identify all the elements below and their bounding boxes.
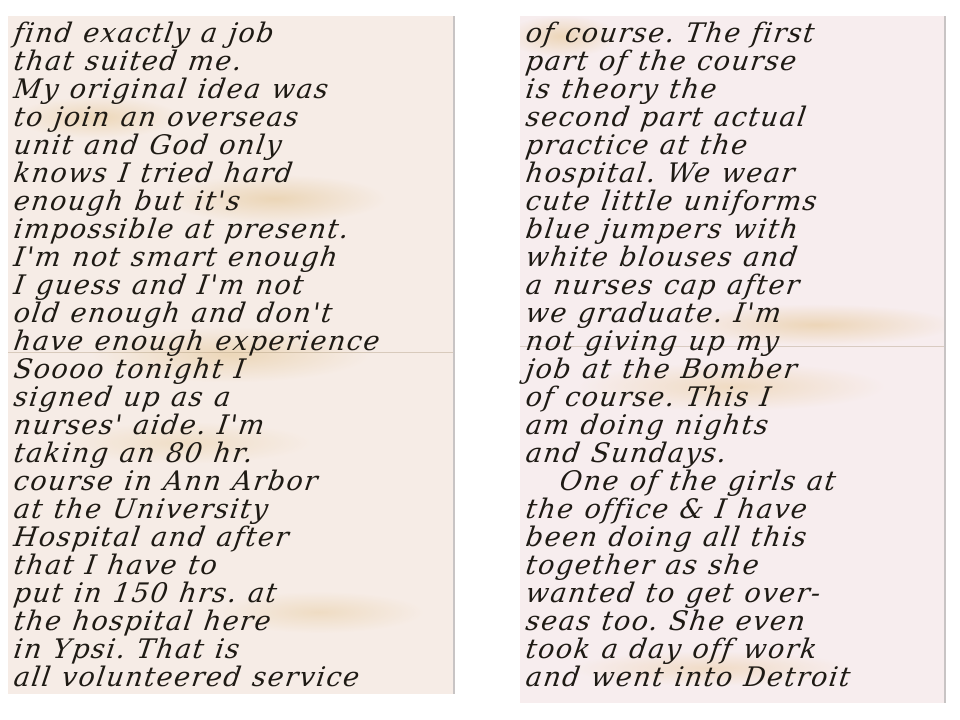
text-line: and went into Detroit	[524, 662, 854, 693]
text-line: enough but it's	[12, 186, 244, 217]
text-line: all volunteered service	[12, 662, 363, 693]
text-line: practice at the	[524, 130, 751, 161]
text-line: wanted to get over-	[524, 578, 824, 609]
text-line: Hospital and after	[12, 522, 292, 553]
text-line: that suited me.	[12, 46, 245, 77]
letter-page-right: of course. The first part of the course …	[520, 16, 946, 703]
text-line: Soooo tonight I	[12, 354, 249, 385]
text-line: I guess and I'm not	[12, 270, 307, 301]
text-line: find exactly a job	[12, 18, 278, 49]
text-line: of course. This I	[524, 382, 774, 413]
text-line: we graduate. I'm	[524, 298, 785, 329]
text-line: I'm not smart enough	[12, 242, 341, 273]
text-line: hospital. We wear	[524, 158, 798, 189]
text-line: have enough experience	[12, 326, 383, 357]
text-line: at the University	[12, 494, 272, 525]
text-line: course in Ann Arbor	[12, 466, 321, 497]
text-line: and Sundays.	[524, 438, 730, 469]
text-line: white blouses and	[524, 242, 801, 273]
text-line: blue jumpers with	[524, 214, 802, 245]
text-line: that I have to	[12, 550, 221, 581]
text-line-paragraph-start: One of the girls at	[558, 466, 839, 497]
text-line: together as she	[524, 550, 763, 581]
text-line: the office & I have	[524, 494, 811, 525]
text-line: been doing all this	[524, 522, 810, 553]
text-line: impossible at present.	[12, 214, 352, 245]
text-line: not giving up my	[524, 326, 783, 357]
text-line: the hospital here	[12, 606, 274, 637]
text-line: knows I tried hard	[12, 158, 296, 189]
text-line: job at the Bomber	[524, 354, 801, 385]
text-line: nurses' aide. I'm	[12, 410, 268, 441]
text-line: My original idea was	[12, 74, 332, 105]
letter-page-left: find exactly a job that suited me. My or…	[8, 16, 455, 694]
text-line: am doing nights	[524, 410, 772, 441]
text-line: taking an 80 hr.	[12, 438, 256, 469]
text-line: unit and God only	[12, 130, 285, 161]
text-line: in Ypsi. That is	[12, 634, 243, 665]
text-line: seas too. She even	[524, 606, 809, 637]
text-line: put in 150 hrs. at	[12, 578, 280, 609]
text-line: second part actual	[524, 102, 810, 133]
text-line: is theory the	[524, 74, 720, 105]
text-line: took a day off work	[524, 634, 821, 665]
text-line: cute little uniforms	[524, 186, 820, 217]
text-line: to join an overseas	[12, 102, 302, 133]
text-line: part of the course	[524, 46, 800, 77]
text-line: old enough and don't	[12, 298, 336, 329]
text-line: signed up as a	[12, 382, 234, 413]
text-line: a nurses cap after	[524, 270, 803, 301]
text-line: of course. The first	[524, 18, 818, 49]
